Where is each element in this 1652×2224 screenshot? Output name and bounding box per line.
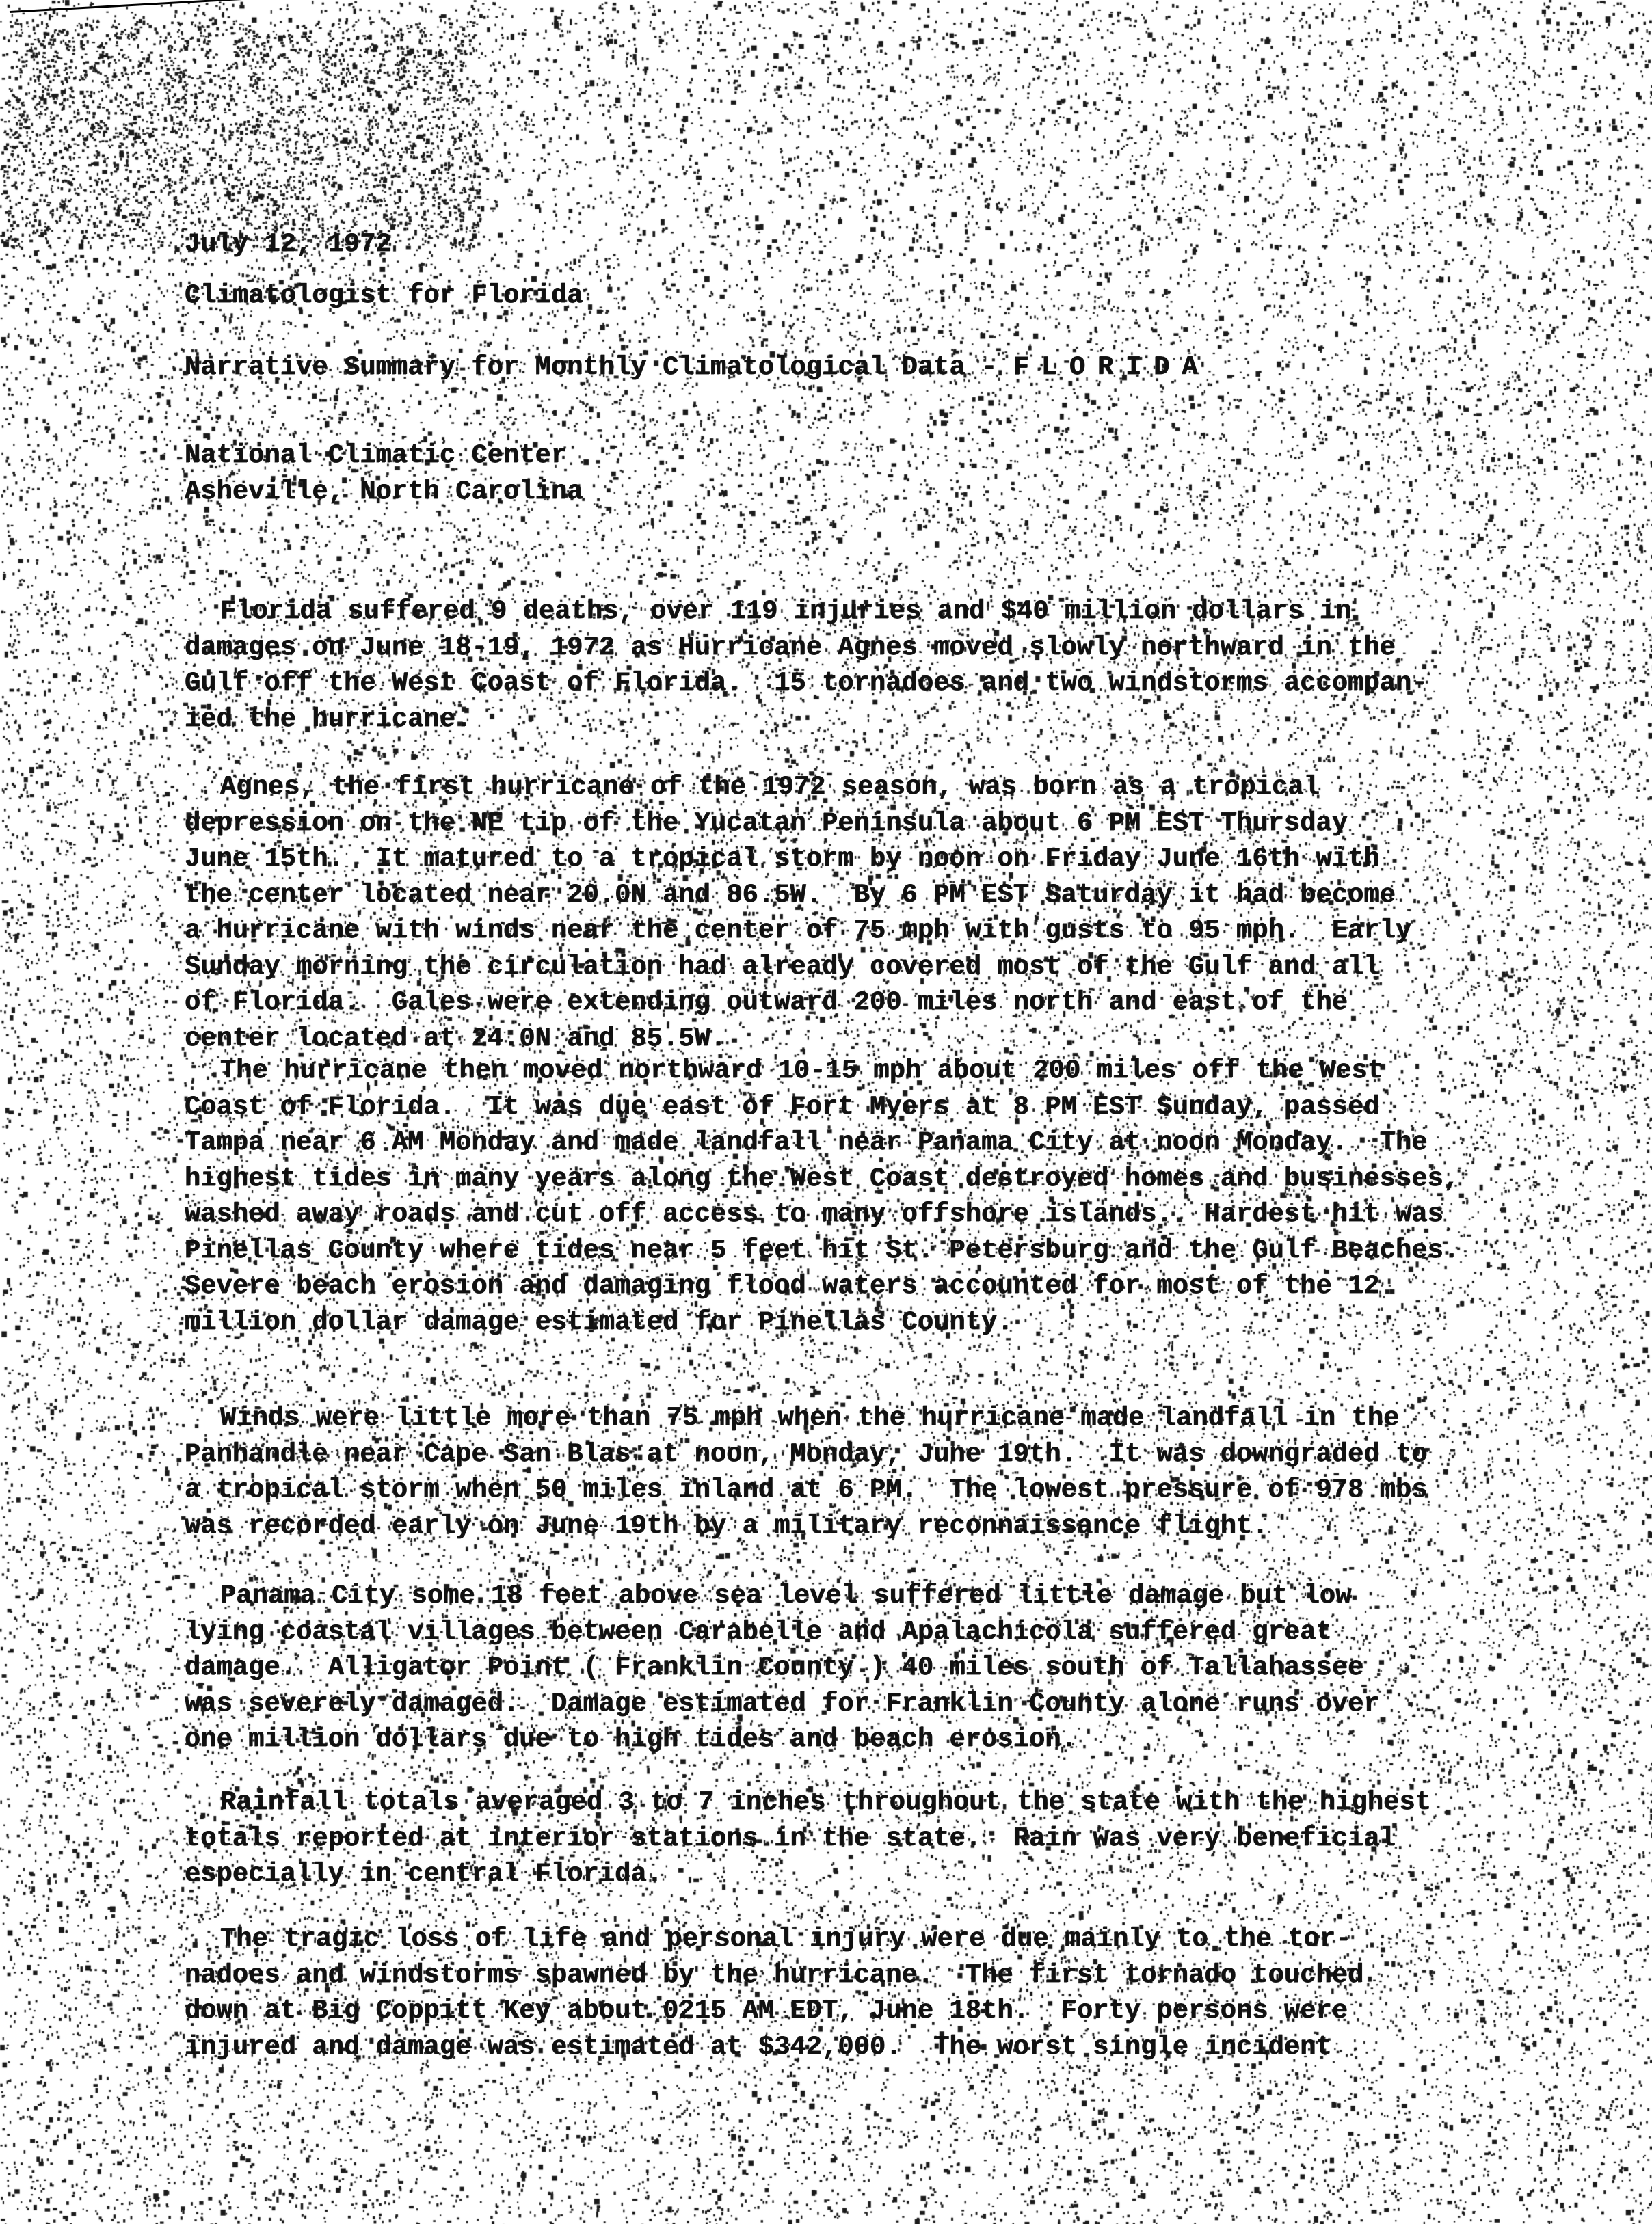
subject-state: FLORIDA <box>1013 352 1210 382</box>
paragraph-summary: Florida suffered 9 deaths, over 119 inju… <box>185 593 1525 737</box>
paragraph-line: Florida suffered 9 deaths, over 119 inju… <box>185 593 1525 630</box>
paragraph-line: one million dollars due to high tides an… <box>185 1721 1525 1758</box>
page-edge-line <box>10 0 245 13</box>
paragraph-line: damage. Alligator Point ( Franklin Count… <box>185 1650 1525 1686</box>
paragraph-line: was severely damaged. Damage estimated f… <box>185 1686 1525 1722</box>
paragraph-line: Gulf off the West Coast of Florida. 15 t… <box>185 665 1525 701</box>
paragraph-winds: Winds were little more than 75 mph when … <box>185 1400 1525 1544</box>
paragraph-line: Panhandle near Cape San Blas at noon, Mo… <box>185 1436 1525 1473</box>
paragraph-rainfall: Rainfall totals averaged 3 to 7 inches t… <box>185 1784 1525 1892</box>
letter-subject: Narrative Summary for Monthly Climatolog… <box>185 354 1210 381</box>
paragraph-line: Tampa near 6 AM Monday and made landfall… <box>185 1125 1525 1161</box>
paragraph-agnes-formation: Agnes, the first hurricane of the 1972 s… <box>185 769 1525 1056</box>
paragraph-line: center located at 24.0N and 85.5W. <box>185 1021 1525 1057</box>
letter-date: July 12, 1972 <box>185 231 392 258</box>
paragraph-landfall-track: The hurricane then moved northward 10-15… <box>185 1053 1525 1340</box>
paragraph-line: of Florida. Gales were extending outward… <box>185 984 1525 1021</box>
paragraph-line: Coast of Florida. It was due east of For… <box>185 1089 1525 1125</box>
paragraph-line: depression on the NE tip of the Yucatan … <box>185 805 1525 842</box>
paragraph-line: The tragic loss of life and personal inj… <box>185 1921 1525 1957</box>
paragraph-line: totals reported at interior stations in … <box>185 1821 1525 1857</box>
paragraph-line: down at Big Coppitt Key about 0215 AM ED… <box>185 1993 1525 2029</box>
paragraph-line: nadoes and windstorms spawned by the hur… <box>185 1957 1525 1994</box>
paragraph-line: highest tides in many years along the We… <box>185 1161 1525 1197</box>
paragraph-line: Winds were little more than 75 mph when … <box>185 1400 1525 1436</box>
paragraph-line: Severe beach erosion and damaging flood … <box>185 1268 1525 1304</box>
paragraph-line: June 15th. It matured to a tropical stor… <box>185 841 1525 877</box>
paragraph-line: a tropical storm when 50 miles inland at… <box>185 1472 1525 1508</box>
addressee-line-2: Asheville, North Carolina <box>185 479 583 505</box>
paragraph-line: Agnes, the first hurricane of the 1972 s… <box>185 769 1525 805</box>
paragraph-line: damages on June 18-19, 1972 as Hurricane… <box>185 630 1525 666</box>
paragraph-line: the center located near 20.0N and 86.5W.… <box>185 877 1525 913</box>
subject-prefix: Narrative Summary for Monthly Climatolog… <box>185 352 1013 382</box>
addressee-line-1: National Climatic Center <box>185 442 567 469</box>
paragraph-line: was recorded early on June 19th by a mil… <box>185 1508 1525 1544</box>
paragraph-line: The hurricane then moved northward 10-15… <box>185 1053 1525 1089</box>
paragraph-line: ied the hurricane. <box>185 701 1525 738</box>
paragraph-tornadoes: The tragic loss of life and personal inj… <box>185 1921 1525 2065</box>
paragraph-line: million dollar damage estimated for Pine… <box>185 1304 1525 1341</box>
paragraph-line: Panama City some 18 feet above sea level… <box>185 1578 1525 1614</box>
paragraph-line: a hurricane with winds near the center o… <box>185 913 1525 949</box>
paragraph-line: lying coastal villages between Carabelle… <box>185 1614 1525 1650</box>
paragraph-line: Rainfall totals averaged 3 to 7 inches t… <box>185 1784 1525 1821</box>
paragraph-line: especially in central Florida. <box>185 1856 1525 1892</box>
paragraph-line: washed away roads and cut off access to … <box>185 1196 1525 1233</box>
paragraph-line: Pinellas County where tides near 5 feet … <box>185 1233 1525 1269</box>
letter-sender: Climatologist for Florida <box>185 282 583 309</box>
paragraph-line: Sunday morning the circulation had alrea… <box>185 949 1525 985</box>
paragraph-line: injured and damage was estimated at $342… <box>185 2029 1525 2065</box>
paragraph-panhandle-damage: Panama City some 18 feet above sea level… <box>185 1578 1525 1758</box>
